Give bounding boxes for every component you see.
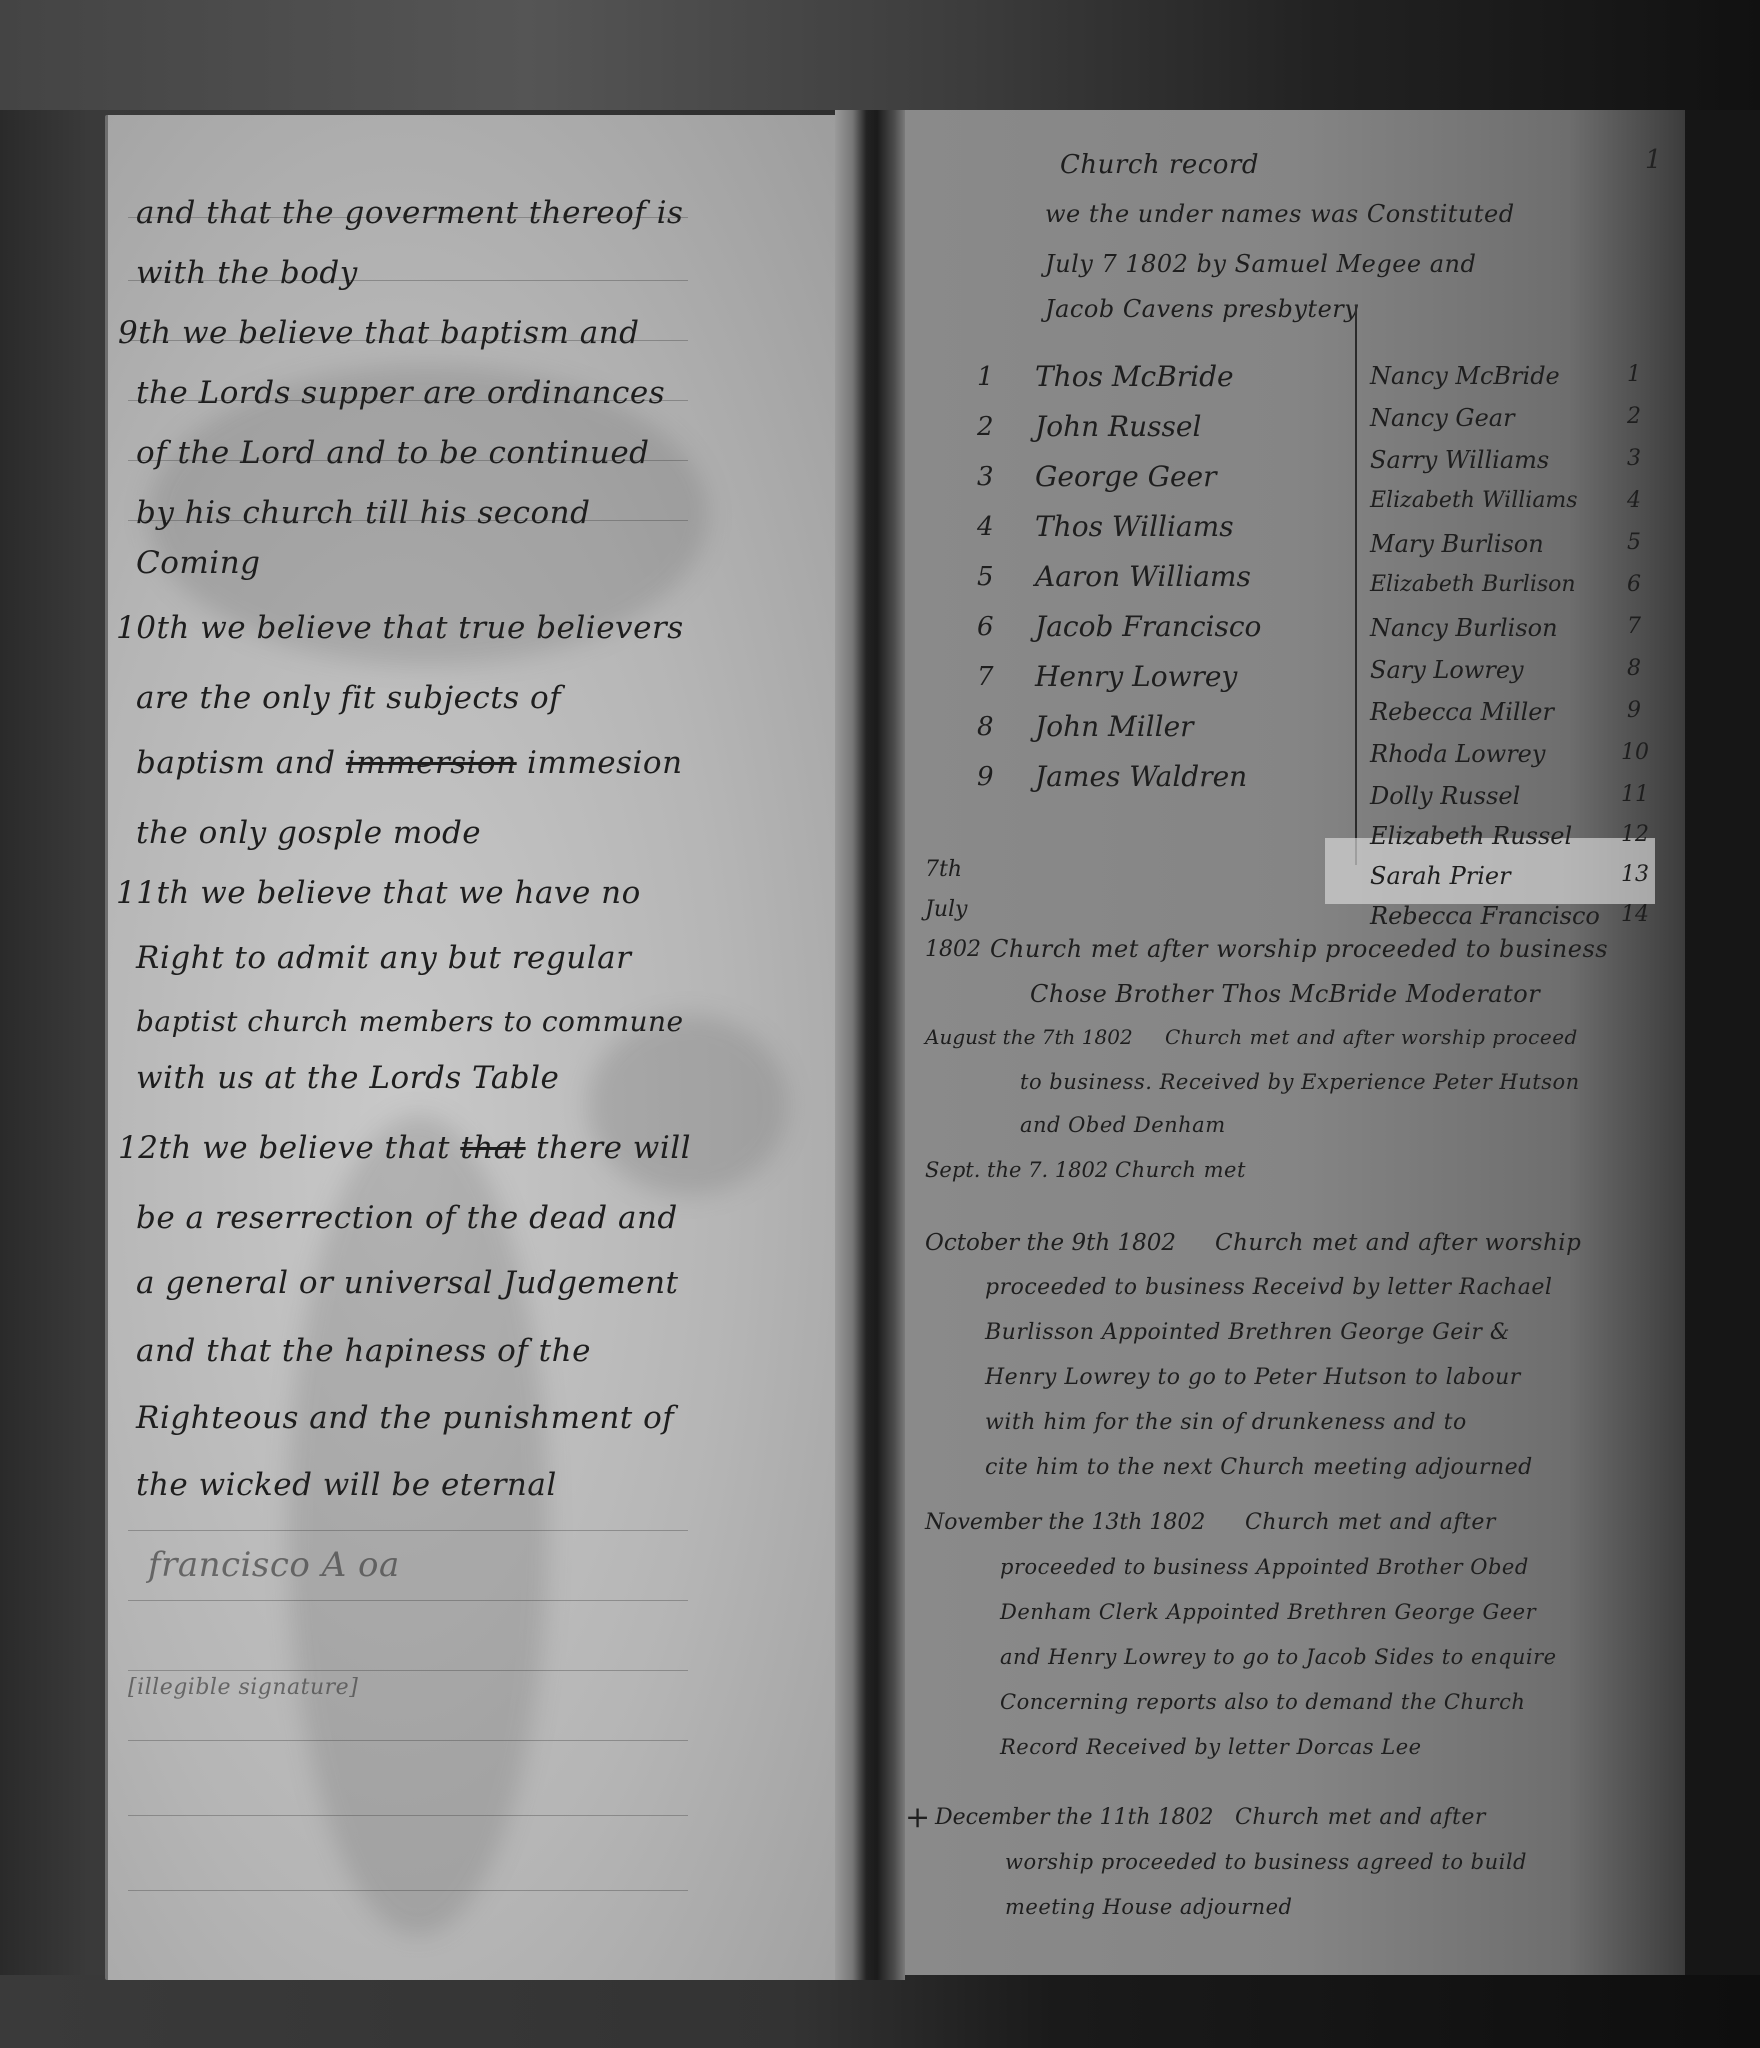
minute-line: Church met and after worship proceed — [1165, 1025, 1578, 1049]
correction-word: immesion — [527, 745, 683, 781]
member-number: 1 — [1627, 362, 1641, 387]
minute-line: Church met after worship proceeded to bu… — [990, 935, 1608, 963]
right-page: 1 Church record we the under names was C… — [905, 110, 1685, 1975]
ruled-line — [128, 1815, 688, 1816]
minute-line: with him for the sin of drunkeness and t… — [985, 1410, 1467, 1435]
member-number: 9 — [977, 762, 994, 792]
minute-line: proceeded to business Appointed Brother … — [1000, 1555, 1529, 1579]
member-number: 10 — [1621, 740, 1649, 765]
member-number: 4 — [977, 512, 994, 542]
member-number: 8 — [977, 712, 994, 742]
article-10-text: 10th we believe that true believers — [116, 610, 684, 646]
article-text-line: baptist church members to commune — [136, 1005, 684, 1038]
water-stain — [288, 1115, 548, 1935]
book-gutter — [835, 110, 905, 1980]
minute-line: and Henry Lowrey to go to Jacob Sides to… — [1000, 1645, 1557, 1669]
article-text-line: the only gosple mode — [136, 815, 481, 851]
ruled-line — [128, 1740, 688, 1741]
member-number: 2 — [977, 412, 994, 442]
member-number: 13 — [1621, 862, 1649, 887]
member-number: 14 — [1621, 902, 1649, 927]
member-name: Rebecca Miller — [1370, 698, 1554, 726]
member-name: Elizabeth Russel — [1370, 822, 1572, 850]
member-name: Nancy Gear — [1370, 404, 1515, 432]
member-number: 6 — [977, 612, 994, 642]
minute-line: Henry Lowrey to go to Peter Hutson to la… — [985, 1365, 1521, 1390]
minute-line: to business. Received by Experience Pete… — [1020, 1070, 1580, 1094]
article-text-line: Right to admit any but regular — [136, 940, 631, 976]
header-line: July 7 1802 by Samuel Megee and — [1045, 250, 1476, 278]
minute-line: Record Received by letter Dorcas Lee — [1000, 1735, 1422, 1759]
minute-line: proceeded to business Receivd by letter … — [985, 1275, 1552, 1300]
article-text-line: are the only fit subjects of — [136, 680, 561, 716]
article-9-text: 9th we believe that baptism and — [118, 315, 640, 351]
member-name: Thos McBride — [1035, 360, 1234, 393]
article-text-line: and that the goverment thereof is — [136, 195, 683, 231]
correction-word: there will — [536, 1130, 691, 1166]
member-number: 7 — [977, 662, 994, 692]
minute-line: Church met and after — [1245, 1510, 1496, 1535]
minute-date: November the 13th 1802 — [925, 1510, 1205, 1535]
member-number: 8 — [1627, 656, 1641, 681]
member-name: John Miller — [1035, 710, 1194, 743]
member-name: Thos Williams — [1035, 510, 1234, 543]
member-name: Sary Lowrey — [1370, 656, 1524, 684]
member-name: Dolly Russel — [1370, 782, 1520, 810]
ruled-line — [128, 1530, 688, 1531]
column-divider — [1355, 305, 1357, 865]
water-stain — [588, 1015, 788, 1195]
member-number: 5 — [977, 562, 994, 592]
minute-date: August the 7th 1802 — [925, 1025, 1133, 1049]
minute-date: 7th July 1802 — [925, 850, 975, 970]
minute-line: Concerning reports also to demand the Ch… — [1000, 1690, 1525, 1714]
article-text-line: Coming — [136, 545, 261, 581]
minute-date: Sept. the 7. 1802 — [925, 1158, 1108, 1182]
article-text-line: of the Lord and to be continued — [136, 435, 650, 471]
cross-mark-icon: + — [905, 1800, 930, 1835]
article-text-line: the Lords supper are ordinances — [136, 375, 665, 411]
member-name: Rebecca Francisco — [1370, 902, 1600, 930]
ruled-line — [128, 1670, 688, 1671]
article-text-line: baptism and immersion immesion — [136, 745, 683, 781]
member-name: George Geer — [1035, 460, 1216, 493]
member-name: James Waldren — [1035, 760, 1247, 793]
minute-line: worship proceeded to business agreed to … — [1005, 1850, 1527, 1874]
scan-bottom-edge — [0, 1975, 1760, 2048]
article-11-text: 11th we believe that we have no — [116, 875, 641, 911]
member-number: 2 — [1627, 404, 1641, 429]
line-text: baptism and — [136, 745, 336, 781]
article-text-line: with us at the Lords Table — [136, 1060, 559, 1096]
minute-line: Burlisson Appointed Brethren George Geir… — [985, 1320, 1510, 1345]
minute-line: Chose Brother Thos McBride Moderator — [1030, 980, 1540, 1008]
member-number: 6 — [1627, 572, 1641, 597]
member-name: Aaron Williams — [1035, 560, 1251, 593]
minute-date: October the 9th 1802 — [925, 1230, 1176, 1256]
ruled-line — [128, 1890, 688, 1891]
minute-line: cite him to the next Church meeting adjo… — [985, 1455, 1533, 1480]
member-name: Sarry Williams — [1370, 446, 1549, 474]
minute-line: Church met and after — [1235, 1805, 1486, 1830]
member-number: 12 — [1621, 822, 1649, 847]
minute-line: Church met and after worship — [1215, 1230, 1581, 1256]
member-name: Nancy Burlison — [1370, 614, 1558, 642]
member-number: 3 — [977, 462, 994, 492]
struck-word: that — [460, 1130, 525, 1166]
struck-word: immersion — [346, 745, 517, 781]
article-text-line: a general or universal Judgement — [136, 1265, 679, 1301]
member-name: Nancy McBride — [1370, 362, 1560, 390]
member-name: Jacob Francisco — [1035, 610, 1261, 643]
member-name: Mary Burlison — [1370, 530, 1544, 558]
article-12-text: 12th we believe that that there will — [118, 1130, 691, 1166]
member-name: Rhoda Lowrey — [1370, 740, 1545, 768]
member-number: 5 — [1627, 530, 1641, 555]
member-number: 11 — [1621, 782, 1649, 807]
record-title: Church record — [1060, 150, 1259, 180]
member-number: 3 — [1627, 446, 1641, 471]
member-number: 4 — [1627, 488, 1641, 513]
minute-line: meeting House adjourned — [1005, 1895, 1293, 1919]
signature-scribble: [illegible signature] — [128, 1675, 358, 1700]
header-line: Jacob Cavens presbytery — [1045, 295, 1358, 323]
header-line: we the under names was Constituted — [1045, 200, 1515, 228]
scribble: francisco A oa — [148, 1545, 400, 1585]
article-text-line: the wicked will be eternal — [136, 1467, 557, 1503]
minute-date: December the 11th 1802 — [935, 1805, 1213, 1830]
article-text-line: with the body — [136, 255, 358, 291]
member-name: Elizabeth Williams — [1370, 488, 1578, 513]
article-text-line: be a reserrection of the dead and — [136, 1200, 678, 1236]
line-text: 12th we believe that — [118, 1130, 450, 1166]
member-name: John Russel — [1035, 410, 1201, 443]
article-text-line: and that the hapiness of the — [136, 1333, 591, 1369]
member-name: Henry Lowrey — [1035, 660, 1237, 693]
minute-line: Denham Clerk Appointed Brethren George G… — [1000, 1600, 1536, 1624]
left-page: and that the goverment thereof is with t… — [105, 115, 835, 1980]
ruled-line — [128, 1600, 688, 1601]
article-text-line: by his church till his second — [136, 495, 590, 531]
member-number: 7 — [1627, 614, 1641, 639]
minute-line: and Obed Denham — [1020, 1113, 1226, 1137]
member-name: Elizabeth Burlison — [1370, 572, 1576, 597]
scan-top-edge — [0, 0, 1760, 110]
member-number: 1 — [977, 362, 994, 392]
minute-line: Church met — [1115, 1158, 1246, 1182]
page-number: 1 — [1645, 145, 1662, 175]
member-number: 9 — [1627, 698, 1641, 723]
member-name: Sarah Prier — [1370, 862, 1511, 890]
article-text-line: Righteous and the punishment of — [136, 1400, 674, 1436]
